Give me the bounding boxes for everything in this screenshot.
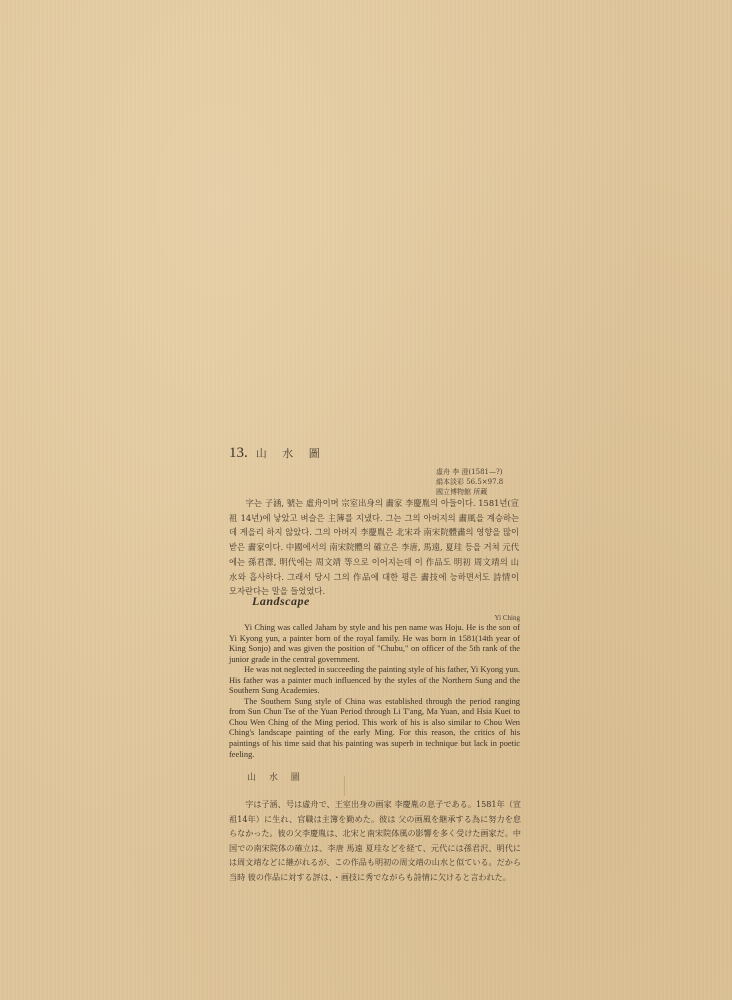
japanese-heading: 山 水 圖: [247, 770, 305, 783]
entry-header: 13. 山 水 圖: [229, 445, 326, 462]
artwork-metadata: 虛舟 李 澄(1581—?) 絹本淡彩 56.5×97.8 國立博物館 所藏: [436, 467, 503, 497]
entry-title: 山 水 圖: [256, 445, 326, 461]
english-paragraph: The Southern Sung style of China was est…: [229, 697, 520, 760]
english-heading: Landscape: [252, 594, 310, 609]
artist-line: 虛舟 李 澄(1581—?): [436, 467, 503, 477]
english-paragraph: He was not neglected in succeeding the p…: [229, 665, 520, 697]
english-artist-name: Yi Ching: [480, 614, 520, 622]
fold-mark: [344, 776, 345, 796]
entry-number: 13.: [229, 445, 248, 462]
medium-size-line: 絹本淡彩 56.5×97.8: [436, 477, 503, 487]
english-description: Yi Ching was called Jaham by style and h…: [229, 623, 520, 760]
english-paragraph: Yi Ching was called Jaham by style and h…: [229, 623, 520, 665]
korean-description: 字는 子涵, 號는 虛舟이며 宗室出身의 畵家 李慶胤의 아들이다. 1581년…: [229, 496, 519, 599]
japanese-description: 字は子涵、号は虛舟で、王室出身の画家 李慶胤の息子である。1581年（宣祖14年…: [229, 797, 521, 885]
